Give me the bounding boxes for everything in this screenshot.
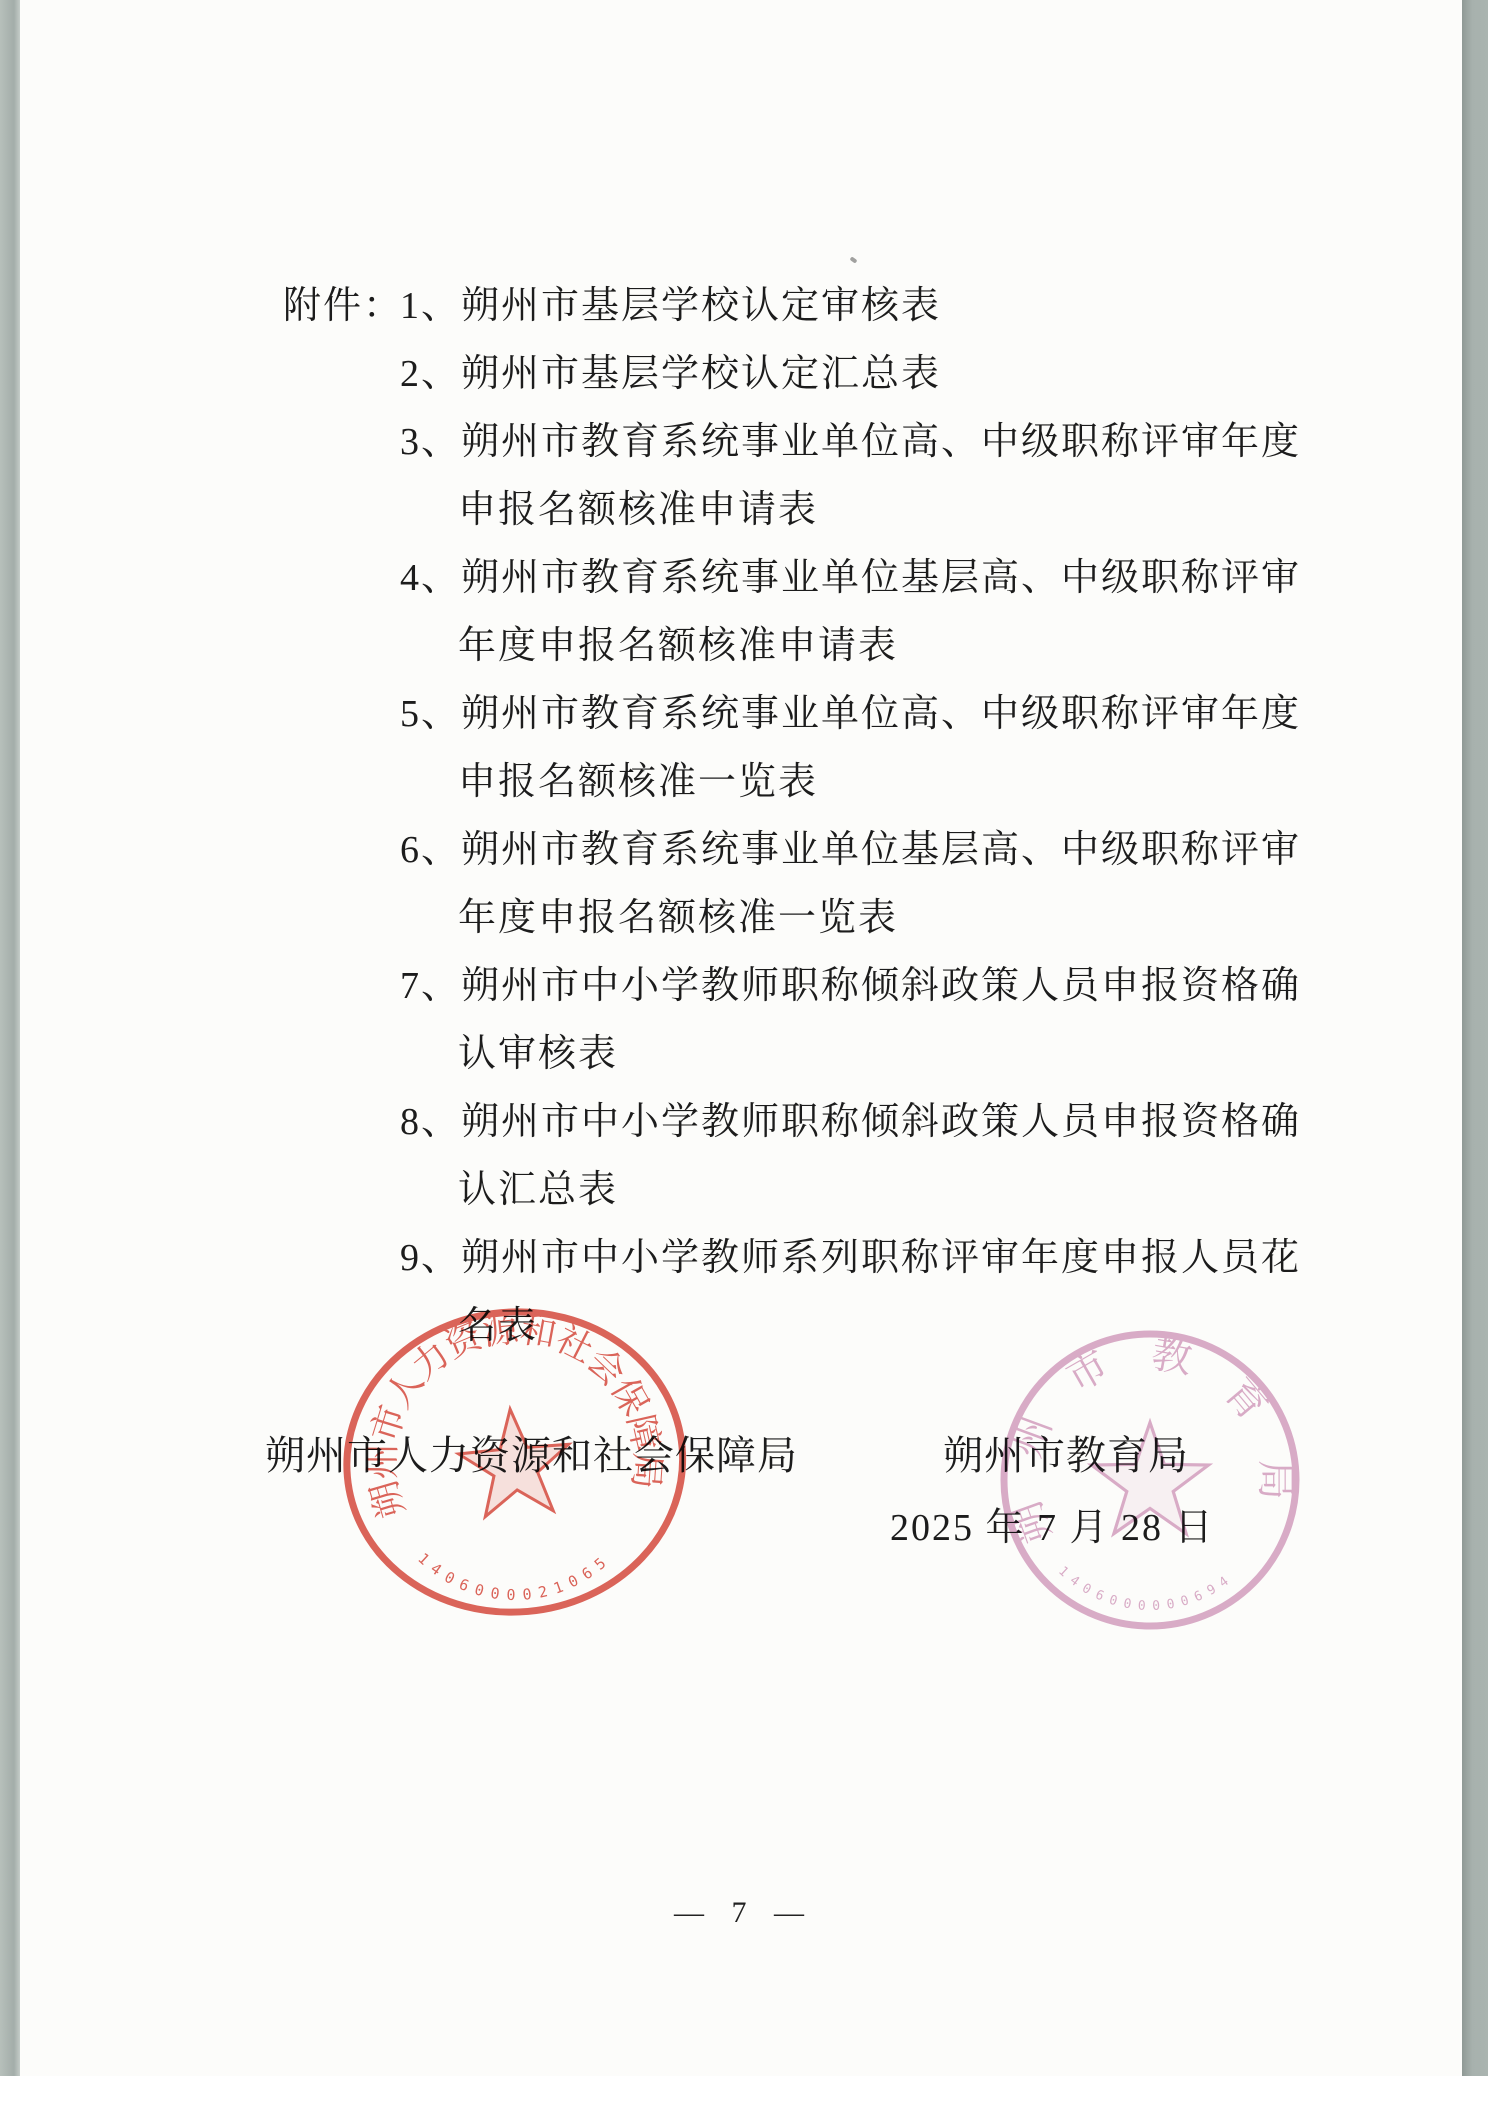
seal-star-icon xyxy=(1091,1423,1208,1534)
attachment-line-continuation: 申报名额核准一览表 xyxy=(400,748,1380,816)
official-seal-right: 朔州市教育局 1406000000694 xyxy=(980,1318,1320,1658)
attachment-line: 8、朔州市中小学教师职称倾斜政策人员申报资格确 xyxy=(400,1088,1380,1156)
scanned-document-page: 附件： 1、朔州市基层学校认定审核表 2、朔州市基层学校认定汇总表 3、朔州市教… xyxy=(0,0,1488,2104)
attachment-line: 5、朔州市教育系统事业单位高、中级职称评审年度 xyxy=(400,680,1380,748)
attachment-line: 6、朔州市教育系统事业单位基层高、中级职称评审 xyxy=(400,816,1380,884)
attachment-line: 7、朔州市中小学教师职称倾斜政策人员申报资格确 xyxy=(400,952,1380,1020)
attachment-line-continuation: 年度申报名额核准申请表 xyxy=(400,612,1380,680)
attachment-line-continuation: 申报名额核准申请表 xyxy=(400,476,1380,544)
attachment-line: 4、朔州市教育系统事业单位基层高、中级职称评审 xyxy=(400,544,1380,612)
page-number: — 7 — xyxy=(0,1896,1488,1930)
attachment-line: 9、朔州市中小学教师系列职称评审年度申报人员花 xyxy=(400,1224,1380,1292)
official-seal-left: 朔州市人力资源和社会保障局 1406000021065 xyxy=(316,1280,714,1651)
attachment-line: 2、朔州市基层学校认定汇总表 xyxy=(400,340,1380,408)
attachment-line: 3、朔州市教育系统事业单位高、中级职称评审年度 xyxy=(400,408,1380,476)
attachment-list: 1、朔州市基层学校认定审核表 2、朔州市基层学校认定汇总表 3、朔州市教育系统事… xyxy=(400,272,1380,1360)
attachment-label: 附件： xyxy=(283,272,403,340)
scan-edge-bottom xyxy=(0,2076,1488,2104)
scan-speck xyxy=(849,256,857,263)
scan-edge-left xyxy=(0,0,20,2076)
attachment-line-continuation: 认汇总表 xyxy=(400,1156,1380,1224)
seal-star-icon xyxy=(455,1404,574,1518)
attachment-line-continuation: 认审核表 xyxy=(400,1020,1380,1088)
attachment-line-continuation: 年度申报名额核准一览表 xyxy=(400,884,1380,952)
attachment-line: 1、朔州市基层学校认定审核表 xyxy=(400,272,1380,340)
scan-edge-right xyxy=(1462,0,1488,2076)
